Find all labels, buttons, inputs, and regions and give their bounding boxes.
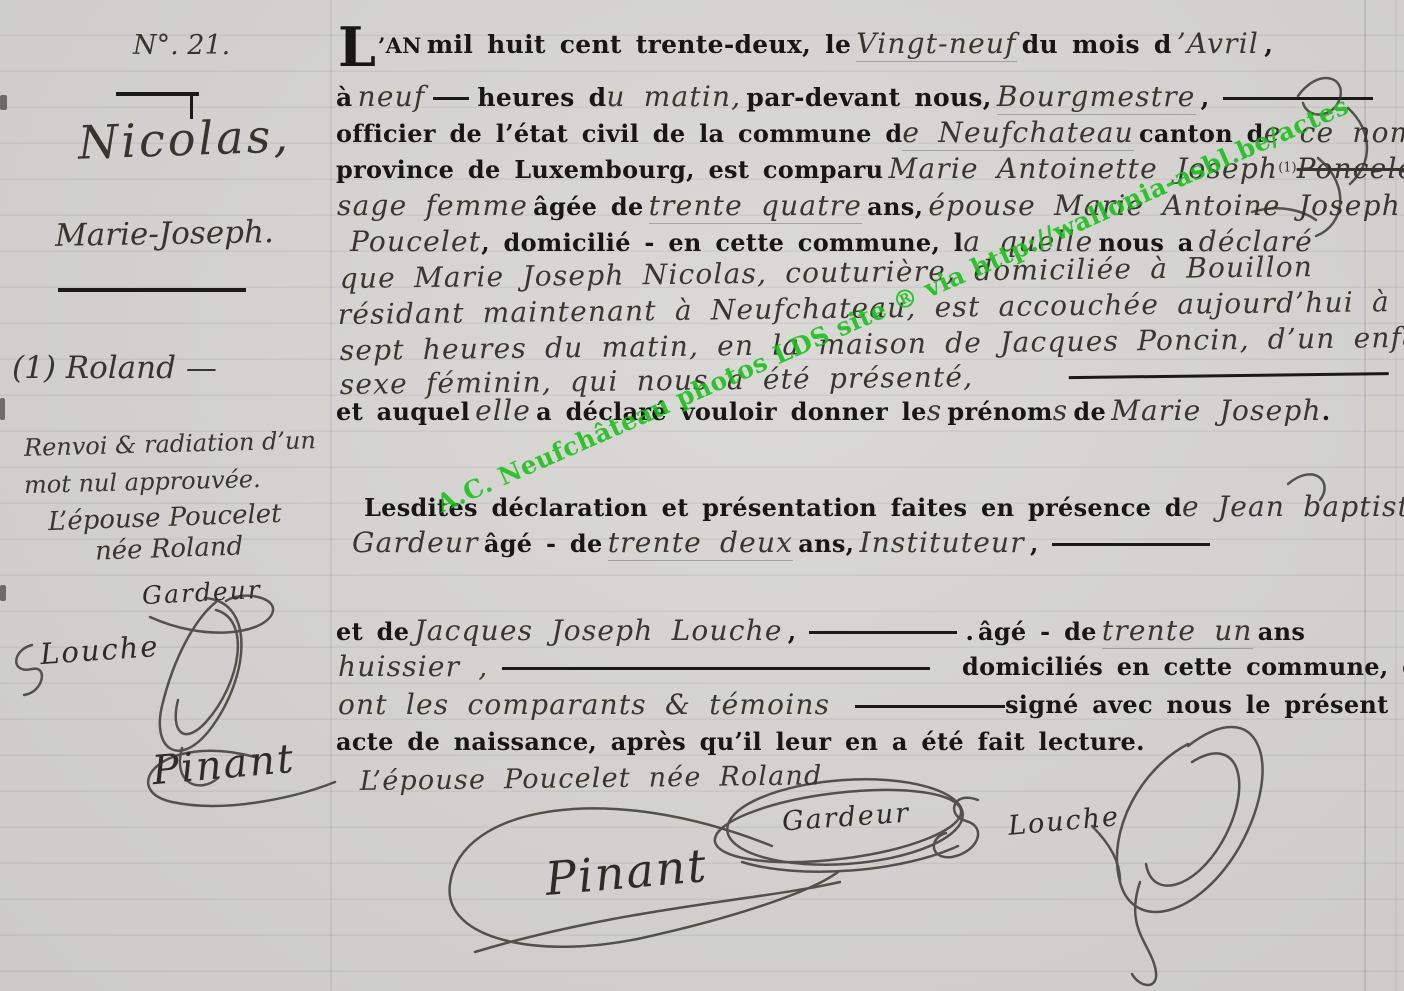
- filled-age: trente quatre: [649, 189, 862, 224]
- edge-mark: [0, 95, 7, 110]
- blank-rule: [809, 631, 957, 634]
- filled-witness1-profession: Instituteur: [859, 526, 1024, 559]
- act-line-17: acte de naissance, après qu’il leur en a…: [336, 727, 1145, 756]
- margin-note-line1: Renvoi & radiation d’un: [24, 426, 317, 462]
- act-line-14-left: et de Jacques Joseph Louche , .: [336, 614, 974, 647]
- spouse-signature-note: L’épouse Poucelet née Roland: [360, 760, 823, 797]
- act-line-12: Lesdites déclaration et présentation fai…: [364, 490, 1404, 523]
- act-line-14-right: âgé - de trente un ans: [978, 614, 1305, 647]
- renvoi-ref-mark: (1): [1278, 161, 1296, 176]
- signature-gardeur: Gardeur: [781, 798, 911, 838]
- margin-fold-line: [330, 0, 332, 991]
- struck-surname: Poncelet: [1297, 152, 1404, 185]
- filled-witness2-profession: huissier ,: [338, 650, 488, 683]
- act-line-1: L’AN mil huit cent trente-deux, le Vingt…: [338, 26, 1273, 69]
- flourish-margin-louche: [16, 645, 42, 695]
- act-line-2: à neufheures du matin, par-devant nous, …: [336, 80, 1381, 113]
- blank-rule: [433, 97, 469, 100]
- flourish-louche-lead: [934, 798, 978, 858]
- flourish-margin-loop-inner: [176, 610, 238, 734]
- filled-witness1-surname: Gardeur: [352, 526, 479, 559]
- act-line-15-right: domiciliés en cette commune, et: [962, 652, 1404, 681]
- blank-rule: [1068, 372, 1388, 379]
- signature-gardeur-margin: Gardeur: [141, 575, 262, 610]
- act-line-11: et auquel elle a déclaré vouloir donner …: [336, 394, 1330, 427]
- filled-witness1-age: trente deux: [608, 526, 793, 561]
- margin-rule: [58, 288, 246, 292]
- register-page: N°. 21. Nicolas, Marie-Joseph. (1) Rolan…: [0, 0, 1404, 991]
- margin-given-names: Marie-Joseph.: [55, 214, 274, 254]
- margin-note-line2: mot nul approuvée.: [24, 465, 261, 499]
- flourish-margin-loop-outer: [160, 598, 242, 751]
- act-number-rule: [116, 92, 199, 96]
- edge-mark: [0, 585, 6, 601]
- act-line-13: Gardeur âgé - de trente deux ans, Instit…: [352, 526, 1218, 559]
- margin-spouse-note-line2: née Roland: [95, 531, 244, 566]
- blank-rule: [1223, 97, 1373, 100]
- filled-witness2-age: trente un: [1102, 614, 1253, 649]
- filled-month: ’Avril: [1177, 27, 1259, 60]
- dropcap-initial: L: [338, 15, 378, 79]
- margin-spouse-note-line1: L’épouse Poucelet: [48, 499, 283, 537]
- margin-ref-note: (1) Roland —: [12, 350, 217, 386]
- signature-louche: Louche: [1007, 801, 1121, 842]
- blank-rule: [855, 705, 1005, 708]
- filled-official-title: Bourgmestre: [997, 80, 1196, 115]
- act-line-16-left: ont les comparants & témoins: [338, 688, 1013, 721]
- filled-witness1-firstnames: e Jean baptiste: [1182, 490, 1404, 523]
- blank-rule: [502, 667, 930, 671]
- edge-mark: [0, 398, 5, 420]
- filled-profession: sage femme: [337, 189, 528, 222]
- filled-child-names: Marie Joseph: [1111, 394, 1322, 427]
- filled-commune: e Neufchateau: [902, 116, 1134, 151]
- filled-witness2-name: Jacques Joseph Louche: [414, 614, 782, 647]
- flourish-right-tail: [1132, 882, 1156, 985]
- act-line-15-left: huissier ,: [338, 650, 938, 683]
- act-line-18: L’épouse Poucelet née Roland: [360, 760, 823, 797]
- act-number: N°. 21.: [133, 30, 230, 61]
- flourish-gardeur-underswash: [742, 846, 958, 872]
- flourish-right-loop-inner: [1146, 753, 1239, 885]
- margin-surname: Nicolas,: [77, 108, 292, 169]
- signature-pinant: Pinant: [543, 838, 710, 906]
- act-line-16-right: signé avec nous le présent: [1005, 690, 1389, 719]
- signature-louche-margin: Louche: [39, 629, 161, 671]
- filled-hour: neuf: [358, 80, 426, 113]
- blank-rule: [1052, 543, 1210, 546]
- signature-pinant-margin: Pinant: [150, 736, 297, 794]
- act-line-5: sage femme âgée de trente quatre ans, ép…: [337, 189, 1401, 222]
- filled-day: Vingt-neuf: [856, 27, 1016, 62]
